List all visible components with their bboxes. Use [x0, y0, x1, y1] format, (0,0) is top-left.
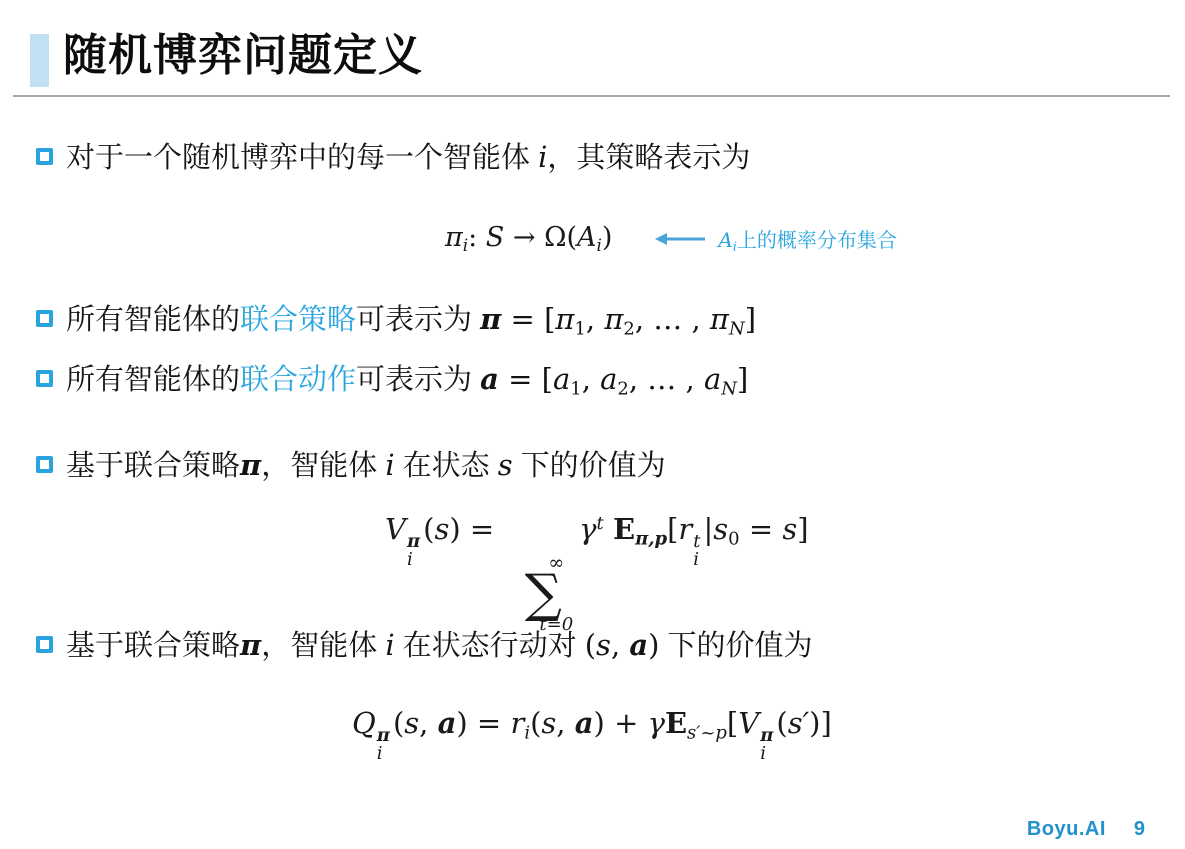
bullet-square-icon	[36, 310, 53, 327]
bullet-text: 基于联合策略π，智能体 i 在状态 s 下的价值为	[66, 446, 666, 486]
action-value-formula: Qπi(s, a) = ri(s, a) + γEs′~p[Vπi(s′)]	[352, 706, 832, 763]
policy-formula-row: πi: S → Ω(Ai) Ai上的概率分布集合	[445, 222, 897, 255]
bullet-square-icon	[36, 148, 53, 165]
title-row: 随机博弈问题定义	[30, 26, 423, 87]
brand-logo: Boyu.AI	[1027, 818, 1106, 841]
bullet-text: 所有智能体的联合动作可表示为 a = [a1, a2, … , aN]	[66, 360, 748, 402]
policy-formula-annotation: Ai上的概率分布集合	[718, 224, 896, 254]
title-accent-bar	[30, 34, 49, 87]
left-arrow-icon	[652, 231, 706, 247]
action-value-formula-row: Qπi(s, a) = ri(s, a) + γEs′~p[Vπi(s′)]	[352, 706, 832, 763]
state-value-formula-row: Vπi(s) = ∞∑t=0γt Eπ,p[rti|s0 = s]	[385, 512, 809, 634]
bullet-item-state-value: 基于联合策略π，智能体 i 在状态 s 下的价值为	[36, 446, 666, 486]
bullet-square-icon	[36, 456, 53, 473]
bullet-item-action-value: 基于联合策略π，智能体 i 在状态行动对 (s, a) 下的价值为	[36, 626, 813, 666]
bullet-square-icon	[36, 636, 53, 653]
bullet-item-joint-action: 所有智能体的联合动作可表示为 a = [a1, a2, … , aN]	[36, 360, 748, 402]
bullet-text: 对于一个随机博弈中的每一个智能体 i，其策略表示为	[66, 138, 750, 178]
title-divider	[13, 95, 1170, 97]
bullet-item-policy-intro: 对于一个随机博弈中的每一个智能体 i，其策略表示为	[36, 138, 750, 178]
bullet-square-icon	[36, 370, 53, 387]
bullet-text: 基于联合策略π，智能体 i 在状态行动对 (s, a) 下的价值为	[66, 626, 813, 666]
page-title: 随机博弈问题定义	[63, 26, 423, 87]
state-value-formula: Vπi(s) = ∞∑t=0γt Eπ,p[rti|s0 = s]	[385, 512, 809, 634]
bullet-text: 所有智能体的联合策略可表示为 π = [π1, π2, … , πN]	[66, 300, 756, 342]
policy-formula: πi: S → Ω(Ai)	[445, 222, 612, 255]
page-number: 9	[1134, 818, 1145, 841]
slide: 随机博弈问题定义 对于一个随机博弈中的每一个智能体 i，其策略表示为 πi: S…	[0, 0, 1185, 849]
footer: Boyu.AI 9	[1027, 818, 1145, 841]
bullet-item-joint-policy: 所有智能体的联合策略可表示为 π = [π1, π2, … , πN]	[36, 300, 756, 342]
